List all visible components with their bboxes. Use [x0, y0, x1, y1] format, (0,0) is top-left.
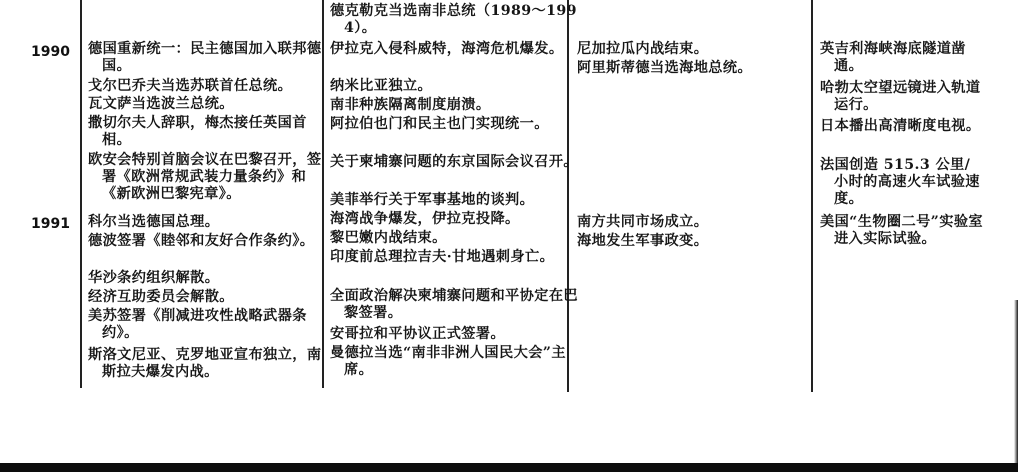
event-entry: 科尔当选德国总理。	[88, 214, 334, 231]
event-entry: 曼德拉当选“南非非洲人国民大会”主席。	[330, 345, 578, 379]
event-entry: 关于柬埔寨问题的东京国际会议召开。	[330, 154, 578, 171]
event-entry: 海湾战争爆发，伊拉克投降。	[330, 211, 578, 228]
event-entry: 斯洛文尼亚、克罗地亚宣布独立，南斯拉夫爆发内战。	[88, 347, 334, 381]
event-entry: 日本播出高清晰度电视。	[820, 118, 984, 135]
event-entry: 哈勃太空望远镜进入轨道运行。	[820, 80, 984, 114]
event-entry: 撒切尔夫人辞职，梅杰接任英国首相。	[88, 115, 334, 149]
column-rule-4	[811, 0, 813, 392]
event-entry: 德波签署《睦邻和友好合作条约》。	[88, 233, 334, 250]
event-entry: 印度前总理拉吉夫·甘地遇刺身亡。	[330, 249, 578, 266]
page-edge-shadow	[1014, 300, 1018, 472]
column-rule-1	[80, 0, 82, 388]
event-entry: 法国创造 515.3 公里/小时的高速火车试验速度。	[820, 157, 984, 209]
event-entry: 华沙条约组织解散。	[88, 270, 334, 287]
timeline-page: 1990 1991 德国重新统一：民主德国加入联邦德国。 戈尔巴乔夫当选苏联首任…	[0, 0, 1018, 472]
scan-bottom-border	[0, 463, 1018, 472]
event-entry: 瓦文萨当选波兰总统。	[88, 96, 334, 113]
event-entry: 德国重新统一：民主德国加入联邦德国。	[88, 41, 334, 75]
event-entry: 海地发生军事政变。	[577, 233, 821, 250]
year-label-1990: 1990	[0, 44, 70, 60]
event-entry: 英吉利海峡海底隧道凿通。	[820, 41, 984, 75]
event-entry: 全面政治解决柬埔寨问题和平协定在巴黎签署。	[330, 288, 578, 322]
event-entry: 阿里斯蒂德当选海地总统。	[577, 60, 821, 77]
event-entry: 美苏签署《削减进攻性战略武器条约》。	[88, 308, 334, 342]
event-entry: 美国“生物圈二号”实验室进入实际试验。	[820, 214, 984, 248]
year-label-1991: 1991	[0, 216, 70, 232]
event-entry: 欧安会特别首脑会议在巴黎召开，签署《欧洲常规武装力量条约》和《新欧洲巴黎宪章》。	[88, 152, 334, 204]
event-entry: 美菲举行关于军事基地的谈判。	[330, 192, 578, 209]
event-entry: 纳米比亚独立。	[330, 78, 578, 95]
event-entry: 阿拉伯也门和民主也门实现统一。	[330, 116, 578, 133]
event-entry: 黎巴嫩内战结束。	[330, 230, 578, 247]
event-entry: 南方共同市场成立。	[577, 214, 821, 231]
event-entry: 戈尔巴乔夫当选苏联首任总统。	[88, 78, 334, 95]
event-entry: 尼加拉瓜内战结束。	[577, 41, 821, 58]
event-entry: 经济互助委员会解散。	[88, 289, 334, 306]
event-entry: 伊拉克入侵科威特，海湾危机爆发。	[330, 41, 578, 58]
event-entry: 安哥拉和平协议正式签署。	[330, 326, 578, 343]
event-entry: 德克勒克当选南非总统（1989～1994）。	[330, 3, 578, 37]
event-entry: 南非种族隔离制度崩溃。	[330, 97, 578, 114]
